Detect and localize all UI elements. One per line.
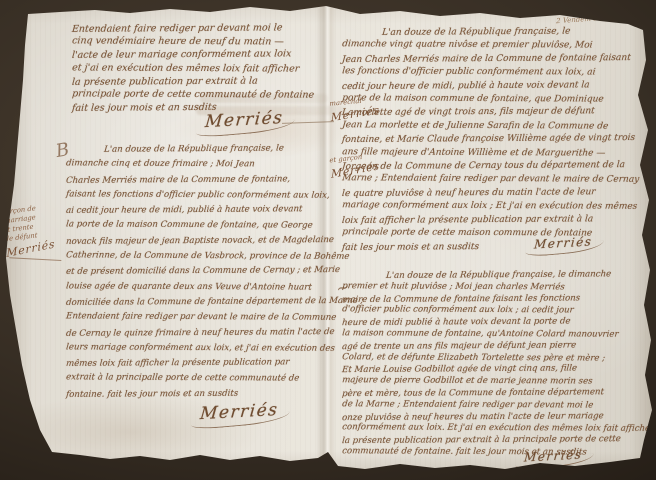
- manuscript-line: novack fils majeur de jean Baptiste nova…: [65, 233, 318, 250]
- manuscript-line: extrait à la principalle porte de cette …: [65, 371, 318, 388]
- manuscript-line: mariage conformément aux loix ; Et j'ai …: [341, 199, 642, 214]
- manuscript-line: Entendaient faire rediger par devant le …: [65, 310, 318, 327]
- manuscript-line: louise agée de quarante deux ans Veuve d…: [65, 279, 318, 296]
- manuscript-line: les fonctions d'officier public conformé…: [341, 65, 642, 80]
- right-page-paragraph-2: L'an douze de la République française, l…: [342, 270, 648, 459]
- manuscript-line: Charles Merriés maire de la Commune de f…: [65, 172, 318, 189]
- manuscript-line: fontaine. fait les jour mois et an susdi…: [65, 386, 318, 403]
- left-page-paragraph-1: Entendaient faire rediger par devant moi…: [72, 22, 318, 114]
- signature: Merriés: [523, 447, 583, 464]
- manuscript-line: et j'ai en exécution des mêmes loix fait…: [71, 61, 318, 75]
- arrow-flourish: [9, 257, 61, 261]
- manuscript-line: L'an douze de la République française, l…: [103, 141, 318, 158]
- manuscript-line: l'acte de leur mariage conformément aux …: [71, 48, 318, 63]
- manuscript-sheet: garçon decharriageet trentede défunt Mer…: [0, 0, 656, 480]
- manuscript-line: fontaine, et Marie Claude françoise Will…: [341, 132, 642, 148]
- photograph-background: garçon decharriageet trentede défunt Mer…: [0, 0, 656, 480]
- signature: Merriés: [533, 234, 593, 251]
- manuscript-line: communauté de fontaine. fait les jour mo…: [342, 446, 649, 459]
- manuscript-line: dimanche cinq et douze frimaire ; Moi Je…: [65, 157, 318, 174]
- manuscript-line: principale porte de cette maison commune…: [341, 226, 642, 241]
- manuscript-line: leurs mariage conformément aux loix, et …: [65, 340, 318, 357]
- signature: Merriés: [199, 400, 279, 424]
- right-page-paragraph-1: L'an douze de la République française, l…: [342, 26, 642, 254]
- margin-note-lines: garçon decharriageet trentede défunt: [1, 200, 75, 244]
- left-page-paragraph-2: L'an douze de la République française, l…: [66, 142, 318, 402]
- manuscript-line: la porte de la maison Commune de fontain…: [65, 218, 318, 235]
- manuscript-line: de Cernay le quinze frimaire à neuf heur…: [65, 325, 318, 342]
- corner-annotation: 2 Vendem an 12: [556, 11, 648, 25]
- manuscript-line: et de présent domicilié dans la Commune …: [65, 263, 318, 280]
- manuscript-line: faisant les fonctions d'officier public …: [65, 187, 318, 204]
- signature: Merriés: [204, 108, 284, 132]
